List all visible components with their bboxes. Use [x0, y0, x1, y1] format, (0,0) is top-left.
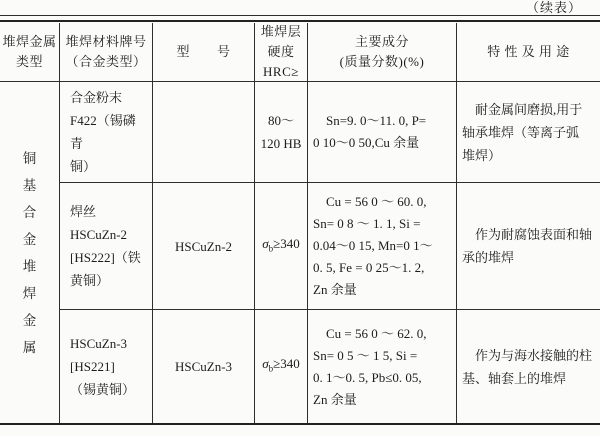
row2-features: 作为耐腐蚀表面和轴 承的堆焊	[457, 223, 600, 269]
header-metal-type: 堆焊金属 类型	[0, 23, 60, 82]
row2-composition-cell: Cu = 56 0 ～ 60. 0, Sn= 0 8 ～ 1. 1, Si = …	[308, 183, 457, 310]
row1-model-empty	[153, 82, 255, 183]
row2-hardness-cell: σb≥340	[255, 183, 308, 310]
row3-sigma-b-value: σb≥340	[262, 353, 300, 380]
header-model: 型 号	[153, 23, 255, 82]
header-features: 特 性 及 用 途	[457, 23, 600, 82]
row3-composition: Cu = 56 0 ～ 62. 0, Sn= 0 5 ～ 1 5, Si = 0…	[308, 323, 456, 411]
category-copper-based-cell: 铜 基 合 金 堆 焊 金 属	[0, 82, 60, 423]
row3-hardness-cell: σb≥340	[255, 310, 308, 423]
scanned-table-page: （续表） 堆焊金属 类型 堆焊材料牌号 （合金类型） 型 号 堆焊层 硬度 HR…	[0, 0, 600, 436]
surfacing-metal-table: 堆焊金属 类型 堆焊材料牌号 （合金类型） 型 号 堆焊层 硬度 HRC≥ 主要…	[0, 23, 600, 425]
category-vertical-label: 铜 基 合 金 堆 焊 金 属	[23, 145, 37, 361]
header-hardness: 堆焊层 硬度 HRC≥	[255, 23, 308, 82]
row1-features: 耐金属间磨损,用于 轴承堆焊（等离子弧 堆焊）	[457, 98, 600, 167]
row1-brand: 合金粉末 F422（锡磷青 铜）	[60, 82, 153, 183]
top-rule-thick	[0, 20, 600, 22]
row1-composition: Sn=9. 0～11. 0, P= 0 10～0 50,Cu 余量	[308, 110, 456, 154]
header-material-brand: 堆焊材料牌号 （合金类型）	[60, 23, 153, 82]
row2-brand: 焊丝 HSCuZn-2 [HS222]（铁 黄铜）	[60, 183, 153, 310]
row2-model: HSCuZn-2	[153, 183, 255, 310]
row3-features: 作为与海水接触的柱 基、轴套上的堆焊	[457, 344, 600, 390]
row3-composition-cell: Cu = 56 0 ～ 62. 0, Sn= 0 5 ～ 1 5, Si = 0…	[308, 310, 457, 423]
top-rule-thin	[0, 15, 600, 16]
row1-composition-cell: Sn=9. 0～11. 0, P= 0 10～0 50,Cu 余量	[308, 82, 457, 183]
header-composition: 主要成分 (质量分数)(%)	[308, 23, 457, 82]
row1-features-cell: 耐金属间磨损,用于 轴承堆焊（等离子弧 堆焊）	[457, 82, 600, 183]
row2-features-cell: 作为耐腐蚀表面和轴 承的堆焊	[457, 183, 600, 310]
row1-hardness: 80～ 120 HB	[255, 82, 308, 183]
continued-table-note: （续表）	[516, 0, 592, 15]
row3-model: HSCuZn-3	[153, 310, 255, 423]
row3-features-cell: 作为与海水接触的柱 基、轴套上的堆焊	[457, 310, 600, 423]
row2-sigma-b-value: σb≥340	[262, 233, 300, 260]
row3-brand: HSCuZn-3 [HS221] （锡黄铜）	[60, 310, 153, 423]
row2-composition: Cu = 56 0 ～ 60. 0, Sn= 0 8 ～ 1. 1, Si = …	[308, 191, 456, 301]
